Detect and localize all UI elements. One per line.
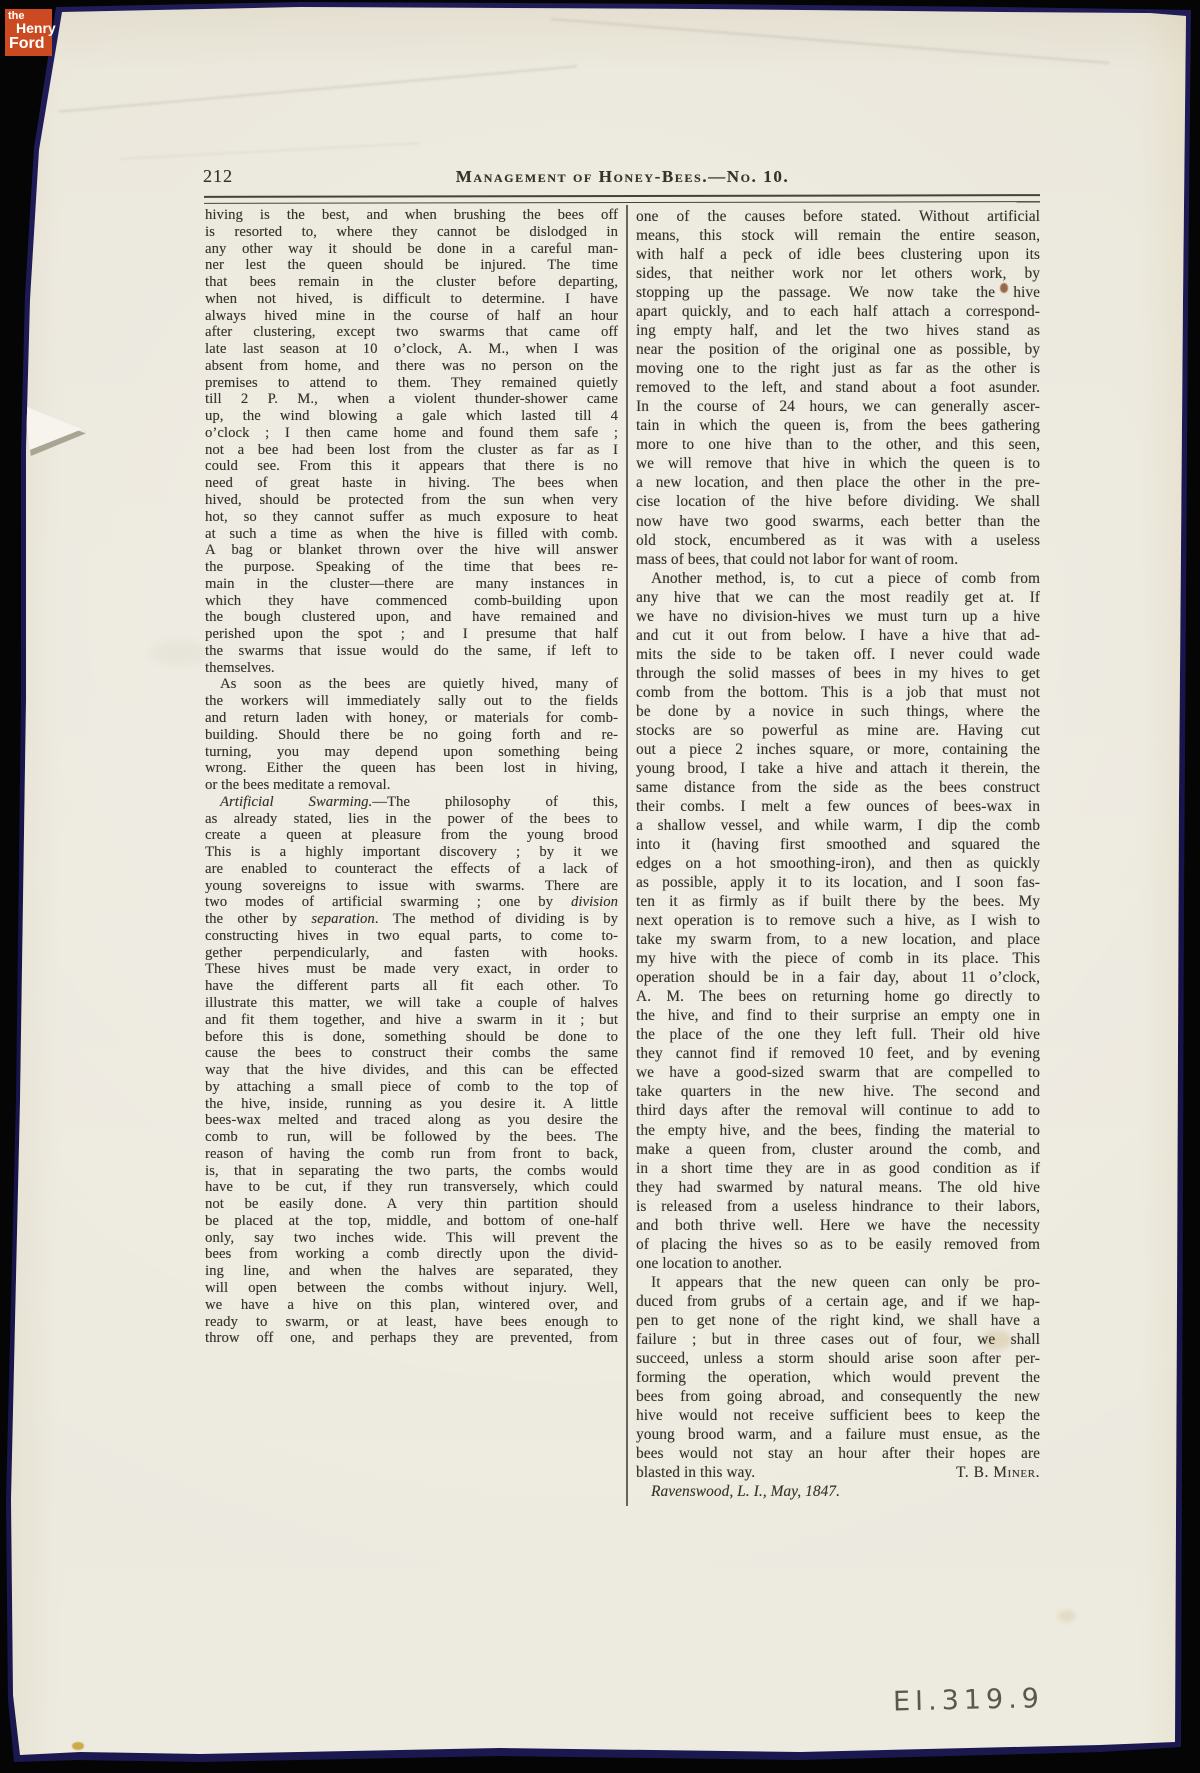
text-line: not be easily done. A very thin partitio…	[205, 1196, 618, 1213]
text-line: they had swarmed by natural means. The o…	[636, 1178, 1040, 1197]
text-line: when not hived, is difficult to determin…	[205, 291, 618, 308]
text-line: pen to get none of the right kind, we sh…	[636, 1311, 1040, 1330]
text-line: will open between the combs without inju…	[205, 1280, 618, 1297]
text-line: Another method, is, to cut a piece of co…	[636, 569, 1040, 588]
text-line: apart quickly, and to each half attach a…	[636, 302, 1040, 321]
text-line: and fit them together, and hive a swarm …	[205, 1012, 618, 1029]
text-line: stocks are so powerful as mine are. Havi…	[636, 721, 1040, 740]
paper-stain	[150, 640, 210, 666]
text-line: till 2 P. M., when a violent thunder-sho…	[205, 391, 618, 408]
text-line: forming the operation, which would preve…	[636, 1368, 1040, 1387]
text-line: means, this stock will remain the entire…	[636, 226, 1040, 245]
text-line: In the course of 24 hours, we can genera…	[636, 397, 1040, 416]
text-line: Artificial Swarming.—The philosophy of t…	[205, 794, 618, 811]
text-line: cause the bees to construct their combs …	[205, 1045, 618, 1062]
text-line: before this is done, something should be…	[205, 1029, 618, 1046]
text-line: need of great haste in hiving. The bees …	[205, 475, 618, 492]
text-line: absent from home, and there was no perso…	[205, 358, 618, 375]
text-line: could see. From this it appears that the…	[205, 458, 618, 475]
text-line: illustrate this matter, we will take a c…	[205, 995, 618, 1012]
text-line: that bees remain in the cluster before d…	[205, 274, 618, 291]
column-divider	[626, 205, 628, 1506]
text-line: the bough clustered upon, and have remai…	[205, 609, 618, 626]
text-line: mits the side to be taken off. I never c…	[636, 645, 1040, 664]
author-signature: T. B. Miner.	[956, 1463, 1040, 1482]
text-line: same distance from the side as the bees …	[636, 778, 1040, 797]
text-line: young sovereigns to issue with swarms. T…	[205, 878, 618, 895]
text-line: o’clock ; I then came home and found the…	[205, 425, 618, 442]
text-line: ing empty half, and let the two hives st…	[636, 321, 1040, 340]
text-line: have to be cut, if they run transversely…	[205, 1179, 618, 1196]
text-line: throw off one, and perhaps they are prev…	[205, 1330, 618, 1347]
text-line: succeed, unless a storm should arise soo…	[636, 1349, 1040, 1368]
text-line: reason of having the comb run from front…	[205, 1146, 618, 1163]
text-line: the other by separation. The method of d…	[205, 911, 618, 928]
text-line: perished upon the spot ; and I presume t…	[205, 626, 618, 643]
text-line: any hive that we can the most readily ge…	[636, 588, 1040, 607]
text-line: and return laden with honey, or material…	[205, 710, 618, 727]
accession-number: EI.319.9	[893, 1682, 1114, 1718]
text-line: make a queen from, cluster around the co…	[636, 1140, 1040, 1159]
photo-background: 212 Management of Honey-Bees.—No. 10. hi…	[0, 0, 1200, 1773]
text-line: have the different parts all fit each ot…	[205, 978, 618, 995]
text-line: gether perpendicularly, and fasten with …	[205, 945, 618, 962]
text-line: young brood warm, and a failure must ens…	[636, 1425, 1040, 1444]
text-line: at such a time as when the hive is fille…	[205, 526, 618, 543]
text-line: Ravenswood, L. I., May, 1847.	[636, 1482, 1040, 1501]
paper-crease	[120, 142, 420, 160]
text-line: stopping up the passage. We now take the…	[636, 283, 1040, 302]
text-line: third days after the removal will contin…	[636, 1101, 1040, 1120]
text-line: constructing hives in two equal parts, t…	[205, 928, 618, 945]
logo-word-henry: Henry	[16, 20, 56, 36]
text-line: hived, should be protected from the sun …	[205, 492, 618, 509]
text-line: only, say two inches wide. This will pre…	[205, 1230, 618, 1247]
running-title: Management of Honey-Bees.—No. 10.	[205, 167, 1040, 187]
text-line: bees from working a comb directly upon t…	[205, 1246, 618, 1263]
text-line: ready to swarm, or at least, have bees e…	[205, 1314, 618, 1331]
text-line: comb to run, will be followed by the bee…	[205, 1129, 618, 1146]
text-line: A bag or blanket thrown over the hive wi…	[205, 542, 618, 559]
paper-crease	[551, 18, 1109, 64]
text-line: themselves.	[205, 660, 618, 677]
text-line: next operation is to remove such a hive,…	[636, 911, 1040, 930]
logo-word-ford: Ford	[9, 35, 45, 53]
text-line: removed to the left, and stand about a f…	[636, 378, 1040, 397]
text-line: building. Should there be no going forth…	[205, 727, 618, 744]
text-line: edges on a hot smoothing-iron), and then…	[636, 854, 1040, 873]
text-line: out a piece 2 inches square, or more, co…	[636, 740, 1040, 759]
text-line: take my swarm from, to a new location, a…	[636, 930, 1040, 949]
text-line: we have no division-hives we must turn u…	[636, 607, 1040, 626]
document-page: 212 Management of Honey-Bees.—No. 10. hi…	[0, 0, 1200, 1773]
text-line: in a short time they are in as good cond…	[636, 1159, 1040, 1178]
text-line: always hived mine in the course of half …	[205, 308, 618, 325]
text-line: be placed at the top, middle, and bottom…	[205, 1213, 618, 1230]
paper-crease	[59, 65, 577, 112]
text-line: young brood, I take a hive and attach it…	[636, 759, 1040, 778]
text-line: any other way it should be done in a car…	[205, 241, 618, 258]
text-line: of placing the hives so as to be easily …	[636, 1235, 1040, 1254]
text-line: moving one to the right just as far as t…	[636, 359, 1040, 378]
text-line: the purpose. Speaking of the time that b…	[205, 559, 618, 576]
text-line: way that the hive divides, and this can …	[205, 1062, 618, 1079]
text-line: and cut it out from below. I have a hive…	[636, 626, 1040, 645]
text-line: bees-wax melted and traced along as you …	[205, 1112, 618, 1129]
text-line: now have two good swarms, each better th…	[636, 512, 1040, 531]
text-line: are enabled to counteract the effects of…	[205, 861, 618, 878]
text-line: my hive with the piece of comb in its pl…	[636, 949, 1040, 968]
text-line: ner lest the queen should be injured. Th…	[205, 257, 618, 274]
text-line: This is a highly important discovery ; b…	[205, 844, 618, 861]
text-line: late last season at 10 o’clock, A. M., w…	[205, 341, 618, 358]
text-line: more to one hive than to the other, and …	[636, 435, 1040, 454]
text-line: hive would not receive sufficient bees t…	[636, 1406, 1040, 1425]
text-line: the hive, and find to their surprise an …	[636, 1006, 1040, 1025]
text-line: main in the cluster—there are many insta…	[205, 576, 618, 593]
paper-stain	[1058, 1610, 1076, 1622]
text-line: two modes of artificial swarming ; one b…	[205, 894, 618, 911]
text-line: hot, so they cannot suffer as much expos…	[205, 509, 618, 526]
text-line: cise location of the hive before dividin…	[636, 492, 1040, 511]
text-line: as possible, apply it to its location, a…	[636, 873, 1040, 892]
text-line: duced from grubs of a certain age, and i…	[636, 1292, 1040, 1311]
text-line: by attaching a small piece of comb to th…	[205, 1079, 618, 1096]
text-line: or the bees meditate a removal.	[205, 777, 618, 794]
text-line: bees would not stay an hour after their …	[636, 1444, 1040, 1463]
text-line: into it (having first smoothed and squar…	[636, 835, 1040, 854]
text-line: be done by a novice in such things, wher…	[636, 702, 1040, 721]
text-line: near the position of the original one as…	[636, 340, 1040, 359]
text-line: the swarms that issue would do the same,…	[205, 643, 618, 660]
column-right: one of the causes before stated. Without…	[636, 207, 1040, 1501]
text-line: and both thrive well. Here we have the n…	[636, 1216, 1040, 1235]
text-line: mass of bees, that could not labor for w…	[636, 550, 1040, 569]
text-line: create a queen at pleasure from the youn…	[205, 827, 618, 844]
text-line: old stock, encumbered as it was with a u…	[636, 531, 1040, 550]
text-line: up, the wind blowing a gale which lasted…	[205, 408, 618, 425]
text-line: the hive, inside, running as you desire …	[205, 1096, 618, 1113]
text-line: turning, you may depend upon something b…	[205, 744, 618, 761]
text-line: is, that in separating the two parts, th…	[205, 1163, 618, 1180]
text-line: tain in which the queen is, from the bee…	[636, 416, 1040, 435]
text-line: we have a hive on this plan, wintered ov…	[205, 1297, 618, 1314]
column-left: hiving is the best, and when brushing th…	[205, 207, 618, 1347]
text-line: wrong. Either the queen has been lost in…	[205, 760, 618, 777]
text-line: It appears that the new queen can only b…	[636, 1273, 1040, 1292]
text-line: through the solid masses of bees in my h…	[636, 664, 1040, 683]
paper-tear-flap	[24, 398, 86, 456]
text-line: one of the causes before stated. Without…	[636, 207, 1040, 226]
text-line: the empty hive, and the bees, finding th…	[636, 1121, 1040, 1140]
paper-stain	[72, 1742, 84, 1750]
text-line: ing line, and when the halves are separa…	[205, 1263, 618, 1280]
text-line: failure ; but in three cases out of four…	[636, 1330, 1040, 1349]
text-line: blasted in this way.T. B. Miner.	[636, 1463, 1040, 1482]
text-line: hiving is the best, and when brushing th…	[205, 207, 618, 224]
text-line: we will remove that hive in which the qu…	[636, 454, 1040, 473]
text-line: with half a peck of idle bees clustering…	[636, 245, 1040, 264]
text-line: A. M. The bees on returning home go dire…	[636, 987, 1040, 1006]
text-line: take quarters in the new hive. The secon…	[636, 1082, 1040, 1101]
text-line: which they have commenced comb-building …	[205, 593, 618, 610]
text-line: they cannot find if removed 10 feet, and…	[636, 1044, 1040, 1063]
text-line: These hives must be made very exact, in …	[205, 961, 618, 978]
text-line: a new location, and then place the other…	[636, 473, 1040, 492]
text-line: sides, that neither work nor let others …	[636, 264, 1040, 283]
henry-ford-logo: the Henry Ford	[5, 9, 52, 56]
text-line: not a bee had been lost from the cluster…	[205, 442, 618, 459]
text-line: the workers will immediately sally out t…	[205, 693, 618, 710]
text-line: bees from going abroad, and consequently…	[636, 1387, 1040, 1406]
text-line: we have a good-sized swarm that are comp…	[636, 1063, 1040, 1082]
text-line: comb from the bottom. This is a job that…	[636, 683, 1040, 702]
double-rule	[204, 194, 1040, 204]
text-line: is resorted to, where they cannot be dis…	[205, 224, 618, 241]
text-line: As soon as the bees are quietly hived, m…	[205, 676, 618, 693]
text-line: operation should be in a fair day, about…	[636, 968, 1040, 987]
text-line: one location to another.	[636, 1254, 1040, 1273]
text-line: their combs. I melt a few ounces of bees…	[636, 797, 1040, 816]
text-line: as already stated, lies in the power of …	[205, 811, 618, 828]
text-line: ten it as firmly as if built there by th…	[636, 892, 1040, 911]
text-line: after clustering, except two swarms that…	[205, 324, 618, 341]
text-line: a shallow vessel, and while warm, I dip …	[636, 816, 1040, 835]
text-line: the place of the one they left full. The…	[636, 1025, 1040, 1044]
text-line: premises to attend to them. They remaine…	[205, 375, 618, 392]
text-line: is released from a useless hindrance to …	[636, 1197, 1040, 1216]
